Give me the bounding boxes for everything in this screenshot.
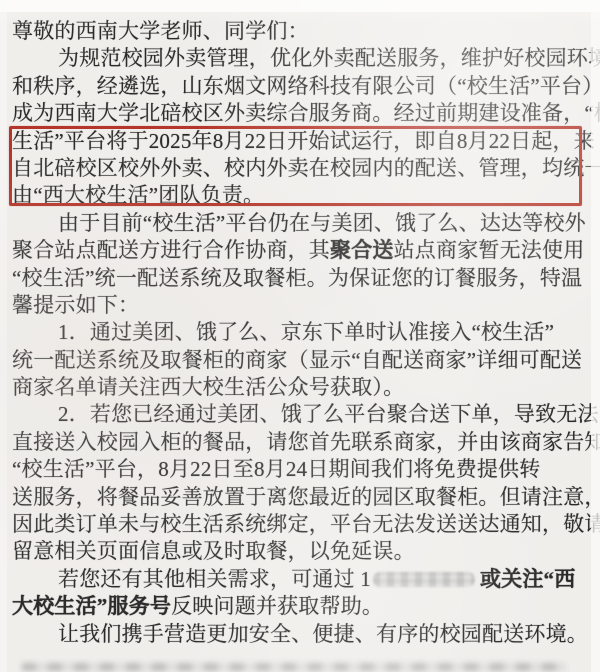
text-line-11: 馨提示如下： [12,292,590,319]
scanned-notice-page: { "page": { "background_color": "#f0eeeb… [0,0,600,672]
text-segment: 和秩序，经遴选，山东烟文网络科技有限公司（“校生活”平台） [12,74,600,98]
text-segment: 统一配送系统及取餐柜的商家（显示“自配送商家”详细可配送 [12,348,582,372]
red-highlight-box [9,126,582,206]
text-line-9: 聚合站点配送方进行合作协商，其聚合送站点商家暂无法使用 [12,237,590,264]
text-line-13: 统一配送系统及取餐柜的商家（显示“自配送商家”详细可配送 [12,347,590,374]
text-segment: 由于目前“校生活”平台仍在与美团、饿了么、达达等校外 [58,211,586,235]
bold-text-segment: 或关注“西 [480,567,576,591]
text-segment: 尊敬的西南大学老师、同学们： [12,19,309,43]
text-line-8: 由于目前“校生活”平台仍在与美团、饿了么、达达等校外 [12,210,590,237]
text-segment: 反映问题并获取帮助。 [171,594,383,618]
redacted-phone-number [373,572,475,587]
text-segment: 为规范校园外卖管理，优化外卖配送服务，维护好校园环境 [58,46,600,70]
text-line-21: 若您还有其他相关需求，可通过 1或关注“西 [12,566,590,593]
text-segment: 2．若您已经通过美团、饿了么平台聚合送下单，导致无法 [58,402,599,426]
text-line-10: “校生活”统一配送系统及取餐柜。为保证您的订餐服务，特温 [12,265,590,292]
scan-left-margin [0,0,7,672]
text-line-14: 商家名单请关注西大校生活公众号获取）。 [12,374,590,401]
bold-text-segment: 聚合送 [330,238,394,262]
text-segment: 1．通过美团、饿了么、京东下单时认准接入“校生活” [58,320,554,344]
text-line-20: 留意相关页面信息或及时取餐，以免延误。 [12,538,590,565]
text-line-4: 成为西南大学北碚校区外卖综合服务商。经过前期建设准备，“校 [12,100,590,127]
scan-top-margin [0,0,600,12]
text-segment: 因此类订单未与校生活系统绑定，平台无法发送送达通知，敬请 [12,512,600,536]
text-segment: 留意相关页面信息或及时取餐，以免延误。 [12,539,415,563]
text-line-15: 2．若您已经通过美团、饿了么平台聚合送下单，导致无法 [12,401,590,428]
text-segment: 成为西南大学北碚校区外卖综合服务商。经过前期建设准备，“校 [12,101,600,125]
text-segment: 让我们携手营造更加安全、便捷、有序的校园配送环境。 [58,622,588,646]
text-line-23: 让我们携手营造更加安全、便捷、有序的校园配送环境。 [12,621,590,648]
text-segment: 馨提示如下： [12,293,139,317]
text-line-1: 尊敬的西南大学老师、同学们： [12,18,590,45]
text-segment: 送服务，将餐品妥善放置于离您最近的园区取餐柜。但请注意， [12,485,600,509]
text-segment: “校生活”统一配送系统及取餐柜。为保证您的订餐服务，特温 [12,266,582,290]
text-line-3: 和秩序，经遴选，山东烟文网络科技有限公司（“校生活”平台） [12,73,590,100]
notice-body-text: 尊敬的西南大学老师、同学们：为规范校园外卖管理，优化外卖配送服务，维护好校园环境… [12,18,590,648]
text-line-17: “校生活”平台，8月22日至8月24日期间我们将免费提供转 [12,456,590,483]
text-segment: 站点商家暂无法使用 [394,238,585,262]
bold-text-segment: 大校生活”服务号 [12,594,171,618]
text-segment: “校生活”平台，8月22日至8月24日期间我们将免费提供转 [12,457,540,481]
text-line-22: 大校生活”服务号反映问题并获取帮助。 [12,593,590,620]
text-line-12: 1．通过美团、饿了么、京东下单时认准接入“校生活” [12,319,590,346]
text-line-19: 因此类订单未与校生活系统绑定，平台无法发送送达通知，敬请 [12,511,590,538]
text-line-2: 为规范校园外卖管理，优化外卖配送服务，维护好校园环境 [12,45,590,72]
text-segment: 直接送入校园入柜的餐品，请您首先联系商家，并由该商家告知 [12,430,600,454]
text-line-16: 直接送入校园入柜的餐品，请您首先联系商家，并由该商家告知 [12,429,590,456]
text-segment: 若您还有其他相关需求，可通过 1 [58,567,371,591]
scan-right-margin [591,0,600,672]
cut-off-text-smudge [22,663,566,671]
text-line-18: 送服务，将餐品妥善放置于离您最近的园区取餐柜。但请注意， [12,484,590,511]
text-segment: 聚合站点配送方进行合作协商，其 [12,238,330,262]
text-segment: 商家名单请关注西大校生活公众号获取）。 [12,375,404,399]
